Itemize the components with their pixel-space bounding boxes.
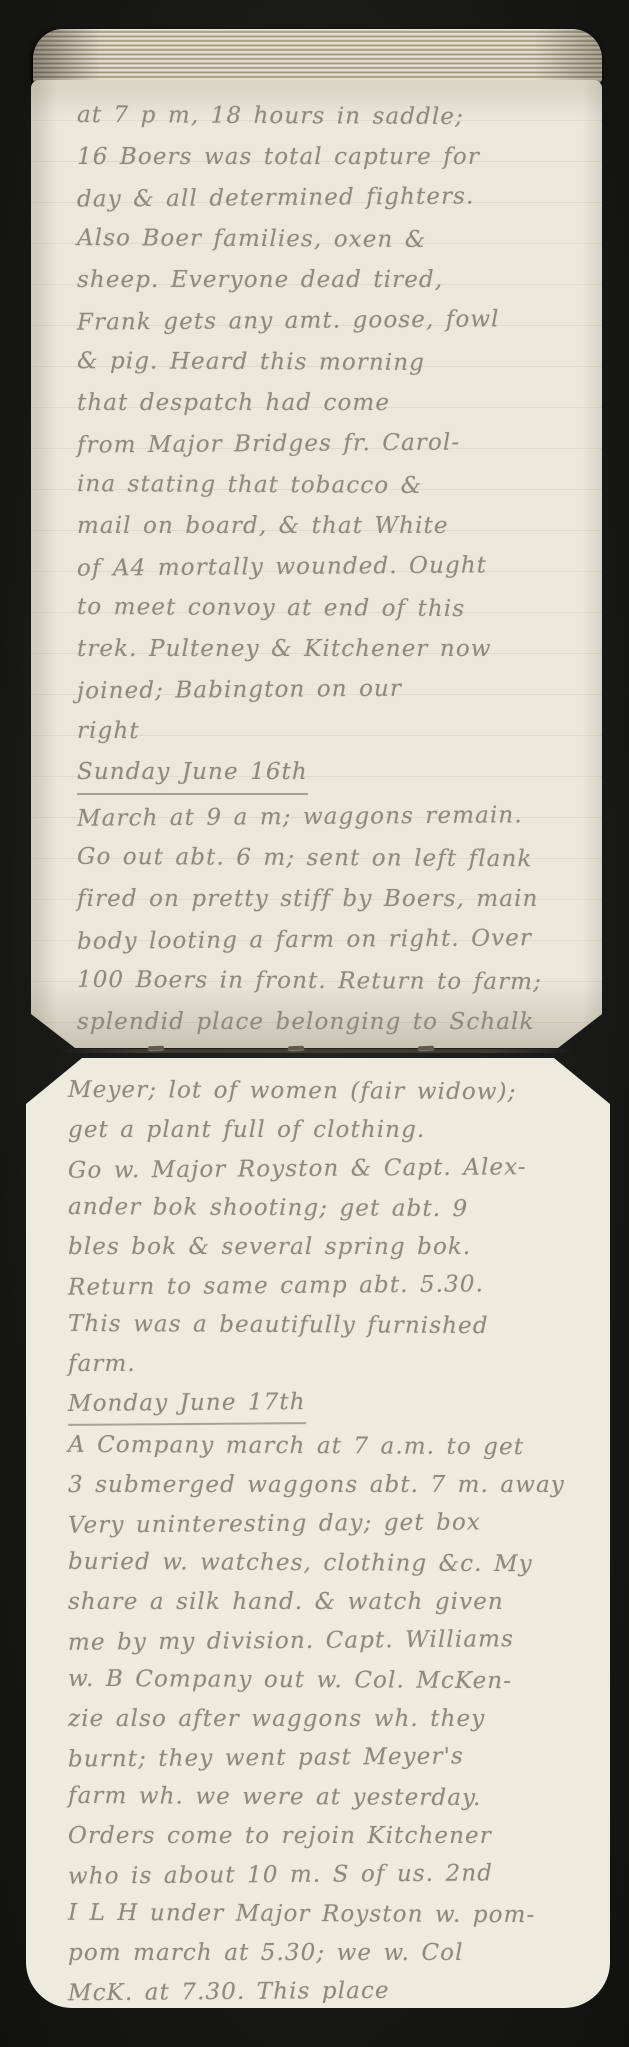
flipped-pages-edge-stack [33, 29, 602, 83]
handwriting-line: A Company march at 7 a.m. to get [68, 1426, 524, 1467]
stitch-mark [418, 1046, 434, 1051]
handwriting-line: who is about 10 m. S of us. 2nd [68, 1854, 493, 1896]
handwriting-line: Go out abt. 6 m; sent on left flank [77, 837, 533, 880]
handwriting-line: get a plant full of clothing. [68, 1111, 425, 1150]
handwriting-line: 100 Boers in front. Return to farm; [77, 960, 542, 1003]
handwriting-line: burnt; they went past Meyer's [68, 1737, 464, 1779]
date-heading-line: Monday June 17th [68, 1383, 306, 1426]
handwriting-line: farm. [68, 1345, 136, 1384]
handwriting-line: trek. Pulteney & Kitchener now [77, 629, 492, 670]
handwriting-line: Very uninteresting day; get box [68, 1503, 481, 1545]
diary-photograph: at 7 p m, 18 hours in saddle;16 Boers wa… [0, 0, 629, 2047]
handwriting-line: Meyer; lot of women (fair widow); [68, 1071, 517, 1112]
handwriting-line: from Major Bridges fr. Carol- [77, 422, 461, 466]
handwriting-line: & pig. Heard this morning [77, 341, 425, 384]
handwriting-line: farm wh. we were at yesterday. [68, 1777, 482, 1818]
handwriting-line: ina stating that tobacco & [77, 464, 422, 507]
handwriting-line: of A4 mortally wounded. Ought [77, 545, 487, 589]
handwriting-line: buried w. watches, clothing &c. My [68, 1543, 533, 1584]
diary-page-bottom: Meyer; lot of women (fair widow);get a p… [26, 1058, 610, 2008]
handwriting-line: splendid place belonging to Schalk [77, 1002, 535, 1043]
handwriting-line: Also Boer families, oxen & [77, 218, 427, 261]
handwriting-line: Orders come to rejoin Kitchener [68, 1817, 492, 1856]
handwriting-line: March at 9 a m; waggons remain. [77, 795, 523, 839]
handwriting-line: at 7 p m, 18 hours in saddle; [77, 95, 464, 138]
handwriting-line: 16 Boers was total capture for [77, 137, 480, 178]
handwriting-line: share a silk hand. & watch given [68, 1583, 504, 1622]
diary-page-top: at 7 p m, 18 hours in saddle;16 Boers wa… [31, 80, 602, 1048]
handwriting-line: pom march at 5.30; we w. Col [68, 1934, 464, 1973]
binding-fold [60, 1049, 572, 1053]
handwriting-line: Return to same camp abt. 5.30. [68, 1265, 484, 1307]
handwriting-line: mail on board, & that White [77, 506, 449, 547]
stitch-mark [288, 1046, 304, 1051]
handwriting-line: to meet convoy at end of this [77, 587, 465, 630]
handwriting-line: Go w. Major Royston & Capt. Alex- [68, 1148, 527, 1191]
handwriting-line: This was a beautifully furnished [68, 1305, 489, 1346]
handwriting-line: 3 submerged waggons abt. 7 m. away [68, 1466, 565, 1505]
page-bottom-handwriting: Meyer; lot of women (fair widow);get a p… [26, 1058, 610, 2012]
handwriting-line: sheep. Everyone dead tired, [77, 260, 443, 301]
handwriting-line: ander bok shooting; get abt. 9 [68, 1188, 469, 1229]
handwriting-line: day & all determined fighters. [77, 176, 475, 220]
date-heading-line: Sunday June 16th [77, 752, 308, 795]
handwriting-line: right [77, 711, 140, 752]
handwriting-line: that despatch had come [77, 383, 390, 424]
handwriting-line: I L H under Major Royston w. pom- [68, 1894, 536, 1935]
handwriting-line: Frank gets any amt. goose, fowl [77, 299, 500, 343]
handwriting-line: w. B Company out w. Col. McKen- [68, 1660, 512, 1701]
handwriting-line: bles bok & several spring bok. [68, 1228, 471, 1267]
handwriting-line: me by my division. Capt. Williams [68, 1620, 514, 1663]
handwriting-line: McK. at 7.30. This place [68, 1972, 390, 2014]
page-top-handwriting: at 7 p m, 18 hours in saddle;16 Boers wa… [31, 80, 602, 1043]
handwriting-line: zie also after waggons wh. they [68, 1700, 485, 1739]
handwriting-line: body looting a farm on right. Over [77, 918, 532, 963]
stitch-mark [148, 1046, 164, 1051]
handwriting-line: fired on pretty stiff by Boers, main [77, 879, 538, 920]
handwriting-line: joined; Babington on our [77, 669, 402, 713]
